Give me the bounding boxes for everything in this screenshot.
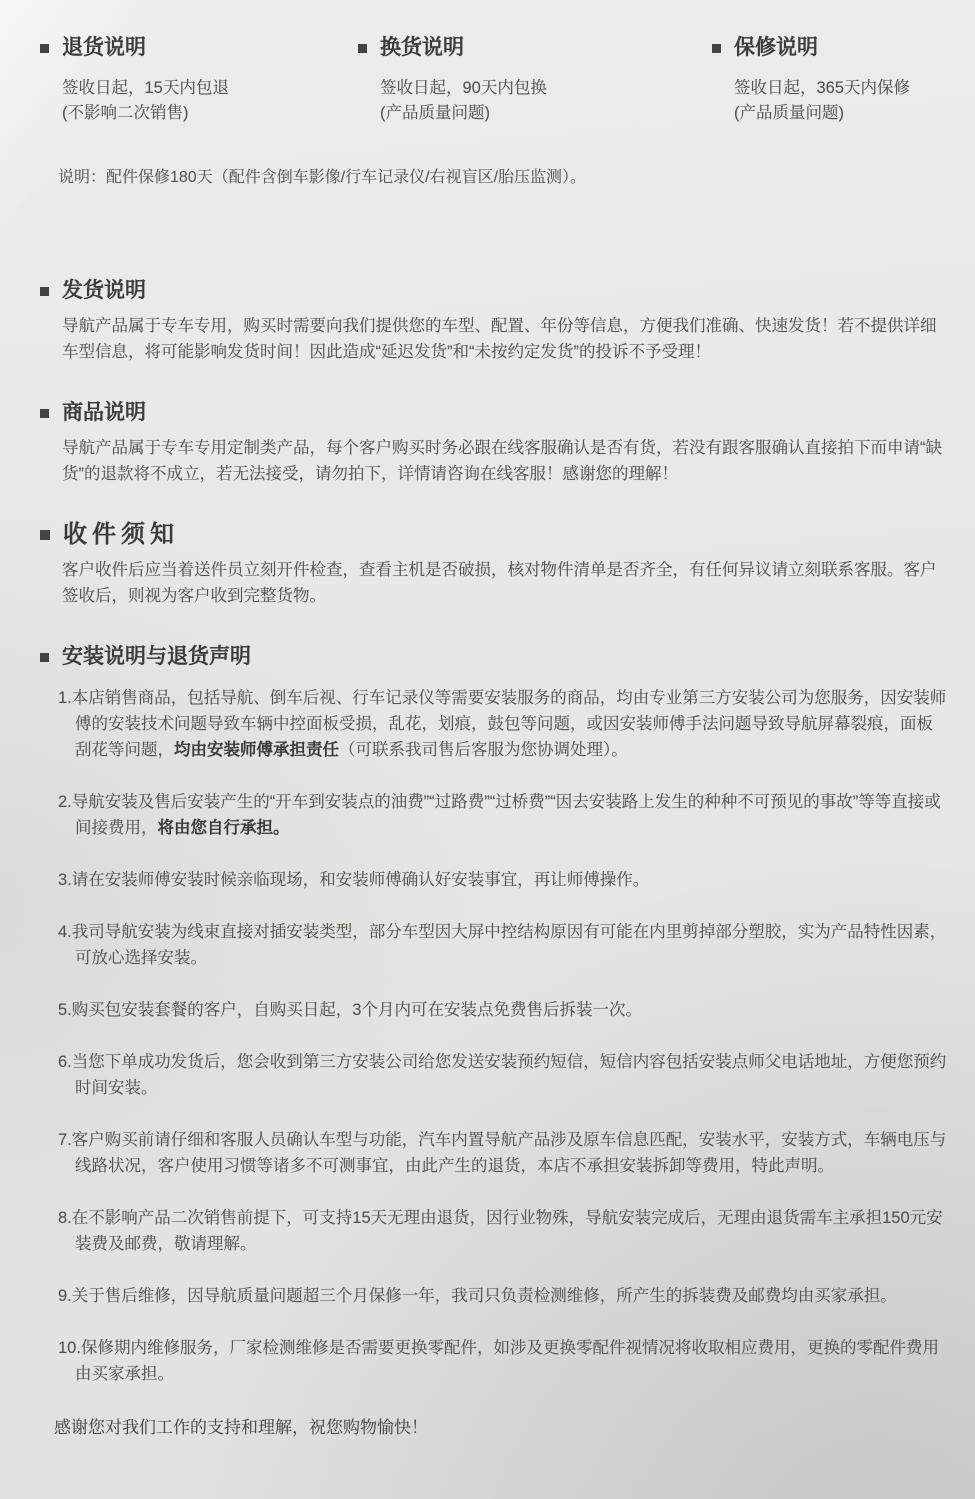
square-bullet-icon — [40, 287, 49, 296]
item-text: 请在安装师傅安装时候亲临现场，和安装师傅确认好安装事宜，再让师傅操作。 — [72, 871, 650, 889]
policy-document-page: 退货说明 签收日起，15天内包退 (不影响二次销售) 换货说明 签收日起，90天… — [0, 0, 975, 1499]
closing-thanks-note: 感谢您对我们工作的支持和理解，祝您购物愉快！ — [40, 1413, 949, 1438]
item-number: 6. — [58, 1053, 72, 1071]
square-bullet-icon — [358, 44, 367, 53]
policy-title: 换货说明 — [380, 34, 464, 62]
policy-summary-row: 退货说明 签收日起，15天内包退 (不影响二次销售) 换货说明 签收日起，90天… — [40, 34, 949, 126]
item-number: 1. — [58, 689, 72, 707]
list-item: 4.我司导航安装为线束直接对插安装类型，部分车型因大屏中控结构原因有可能在内里剪… — [58, 919, 949, 971]
section-shipping: 发货说明 导航产品属于专车专用，购买时需要向我们提供您的车型、配置、年份等信息，… — [40, 277, 949, 365]
install-terms-list: 1.本店销售商品，包括导航、倒车后视、行车记录仪等需要安装服务的商品，均由专业第… — [40, 685, 949, 1387]
item-number: 9. — [58, 1287, 72, 1305]
item-number: 2. — [58, 793, 72, 811]
section-header: 安装说明与退货声明 — [40, 643, 949, 671]
square-bullet-icon — [40, 530, 50, 540]
section-install-terms: 安装说明与退货声明 1.本店销售商品，包括导航、倒车后视、行车记录仪等需要安装服… — [40, 643, 949, 1387]
policy-subline: (产品质量问题) — [712, 101, 949, 126]
policy-card-exchange: 换货说明 签收日起，90天内包换 (产品质量问题) — [358, 34, 712, 126]
item-number: 10. — [58, 1339, 81, 1357]
section-body: 导航产品属于专车专用，购买时需要向我们提供您的车型、配置、年份等信息，方便我们准… — [40, 313, 949, 365]
section-body: 导航产品属于专车专用定制类产品，每个客户购买时务必跟在线客服确认是否有货，若没有… — [40, 435, 949, 487]
section-header: 换货说明 — [358, 34, 712, 62]
policy-card-warranty: 保修说明 签收日起，365天内保修 (产品质量问题) — [712, 34, 949, 126]
section-header: 收件须知 — [40, 521, 949, 549]
square-bullet-icon — [40, 44, 49, 53]
list-item: 8.在不影响产品二次销售前提下，可支持15天无理由退货，因行业物殊，导航安装完成… — [58, 1205, 949, 1257]
list-item: 6.当您下单成功发货后，您会收到第三方安装公司给您发送安装预约短信，短信内容包括… — [58, 1049, 949, 1101]
item-text: 当您下单成功发货后，您会收到第三方安装公司给您发送安装预约短信，短信内容包括安装… — [72, 1053, 947, 1097]
section-header: 退货说明 — [40, 34, 358, 62]
section-title: 收件须知 — [63, 521, 179, 549]
policy-card-return: 退货说明 签收日起，15天内包退 (不影响二次销售) — [40, 34, 358, 126]
item-number: 5. — [58, 1001, 72, 1019]
policy-line: 签收日起，90天内包换 — [358, 76, 712, 101]
section-body: 客户收件后应当着送件员立刻开件检查，查看主机是否破损，核对物件清单是否齐全，有任… — [40, 557, 949, 609]
item-text-bold: 均由安装师傅承担责任 — [174, 741, 339, 759]
policy-title: 保修说明 — [734, 34, 818, 62]
item-text: （可联系我司售后客服为您协调处理）。 — [339, 741, 628, 759]
list-item: 7.客户购买前请仔细和客服人员确认车型与功能，汽车内置导航产品涉及原车信息匹配，… — [58, 1127, 949, 1179]
list-item: 5.购买包安装套餐的客户，自购买日起，3个月内可在安装点免费售后拆装一次。 — [58, 997, 949, 1023]
square-bullet-icon — [40, 653, 49, 662]
section-receipt-notice: 收件须知 客户收件后应当着送件员立刻开件检查，查看主机是否破损，核对物件清单是否… — [40, 521, 949, 609]
list-item: 10.保修期内维修服务，厂家检测维修是否需要更换零配件，如涉及更换零配件视情况将… — [58, 1335, 949, 1387]
list-item: 3.请在安装师傅安装时候亲临现场，和安装师傅确认好安装事宜，再让师傅操作。 — [58, 867, 949, 893]
section-header: 商品说明 — [40, 399, 949, 427]
accessories-warranty-note: 说明：配件保修180天（配件含倒车影像/行车记录仪/右视盲区/胎压监测）。 — [40, 164, 949, 187]
section-header: 发货说明 — [40, 277, 949, 305]
item-text: 我司导航安装为线束直接对插安装类型，部分车型因大屏中控结构原因有可能在内里剪掉部… — [72, 923, 947, 967]
policy-subline: (不影响二次销售) — [40, 101, 358, 126]
item-text: 保修期内维修服务，厂家检测维修是否需要更换零配件，如涉及更换零配件视情况将收取相… — [75, 1339, 939, 1383]
item-number: 8. — [58, 1209, 72, 1227]
list-item: 1.本店销售商品，包括导航、倒车后视、行车记录仪等需要安装服务的商品，均由专业第… — [58, 685, 949, 763]
policy-subline: (产品质量问题) — [358, 101, 712, 126]
item-text: 客户购买前请仔细和客服人员确认车型与功能，汽车内置导航产品涉及原车信息匹配，安装… — [72, 1131, 947, 1175]
item-text-bold: 将由您自行承担。 — [158, 819, 290, 837]
item-text: 关于售后维修，因导航质量问题超三个月保修一年，我司只负责检测维修，所产生的拆装费… — [72, 1287, 897, 1305]
square-bullet-icon — [40, 409, 49, 418]
item-number: 7. — [58, 1131, 72, 1149]
item-text: 在不影响产品二次销售前提下，可支持15天无理由退货，因行业物殊，导航安装完成后，… — [72, 1209, 943, 1253]
item-number: 3. — [58, 871, 72, 889]
list-item: 2.导航安装及售后安装产生的“开车到安装点的油费”“过路费”“过桥费”“因去安装… — [58, 789, 949, 841]
section-title: 安装说明与退货声明 — [62, 643, 251, 671]
section-title: 商品说明 — [62, 399, 146, 427]
section-title: 发货说明 — [62, 277, 146, 305]
square-bullet-icon — [712, 44, 721, 53]
section-product: 商品说明 导航产品属于专车专用定制类产品，每个客户购买时务必跟在线客服确认是否有… — [40, 399, 949, 487]
policy-title: 退货说明 — [62, 34, 146, 62]
policy-line: 签收日起，365天内保修 — [712, 76, 949, 101]
list-item: 9.关于售后维修，因导航质量问题超三个月保修一年，我司只负责检测维修，所产生的拆… — [58, 1283, 949, 1309]
section-header: 保修说明 — [712, 34, 949, 62]
item-number: 4. — [58, 923, 72, 941]
policy-line: 签收日起，15天内包退 — [40, 76, 358, 101]
item-text: 购买包安装套餐的客户，自购买日起，3个月内可在安装点免费售后拆装一次。 — [72, 1001, 642, 1019]
